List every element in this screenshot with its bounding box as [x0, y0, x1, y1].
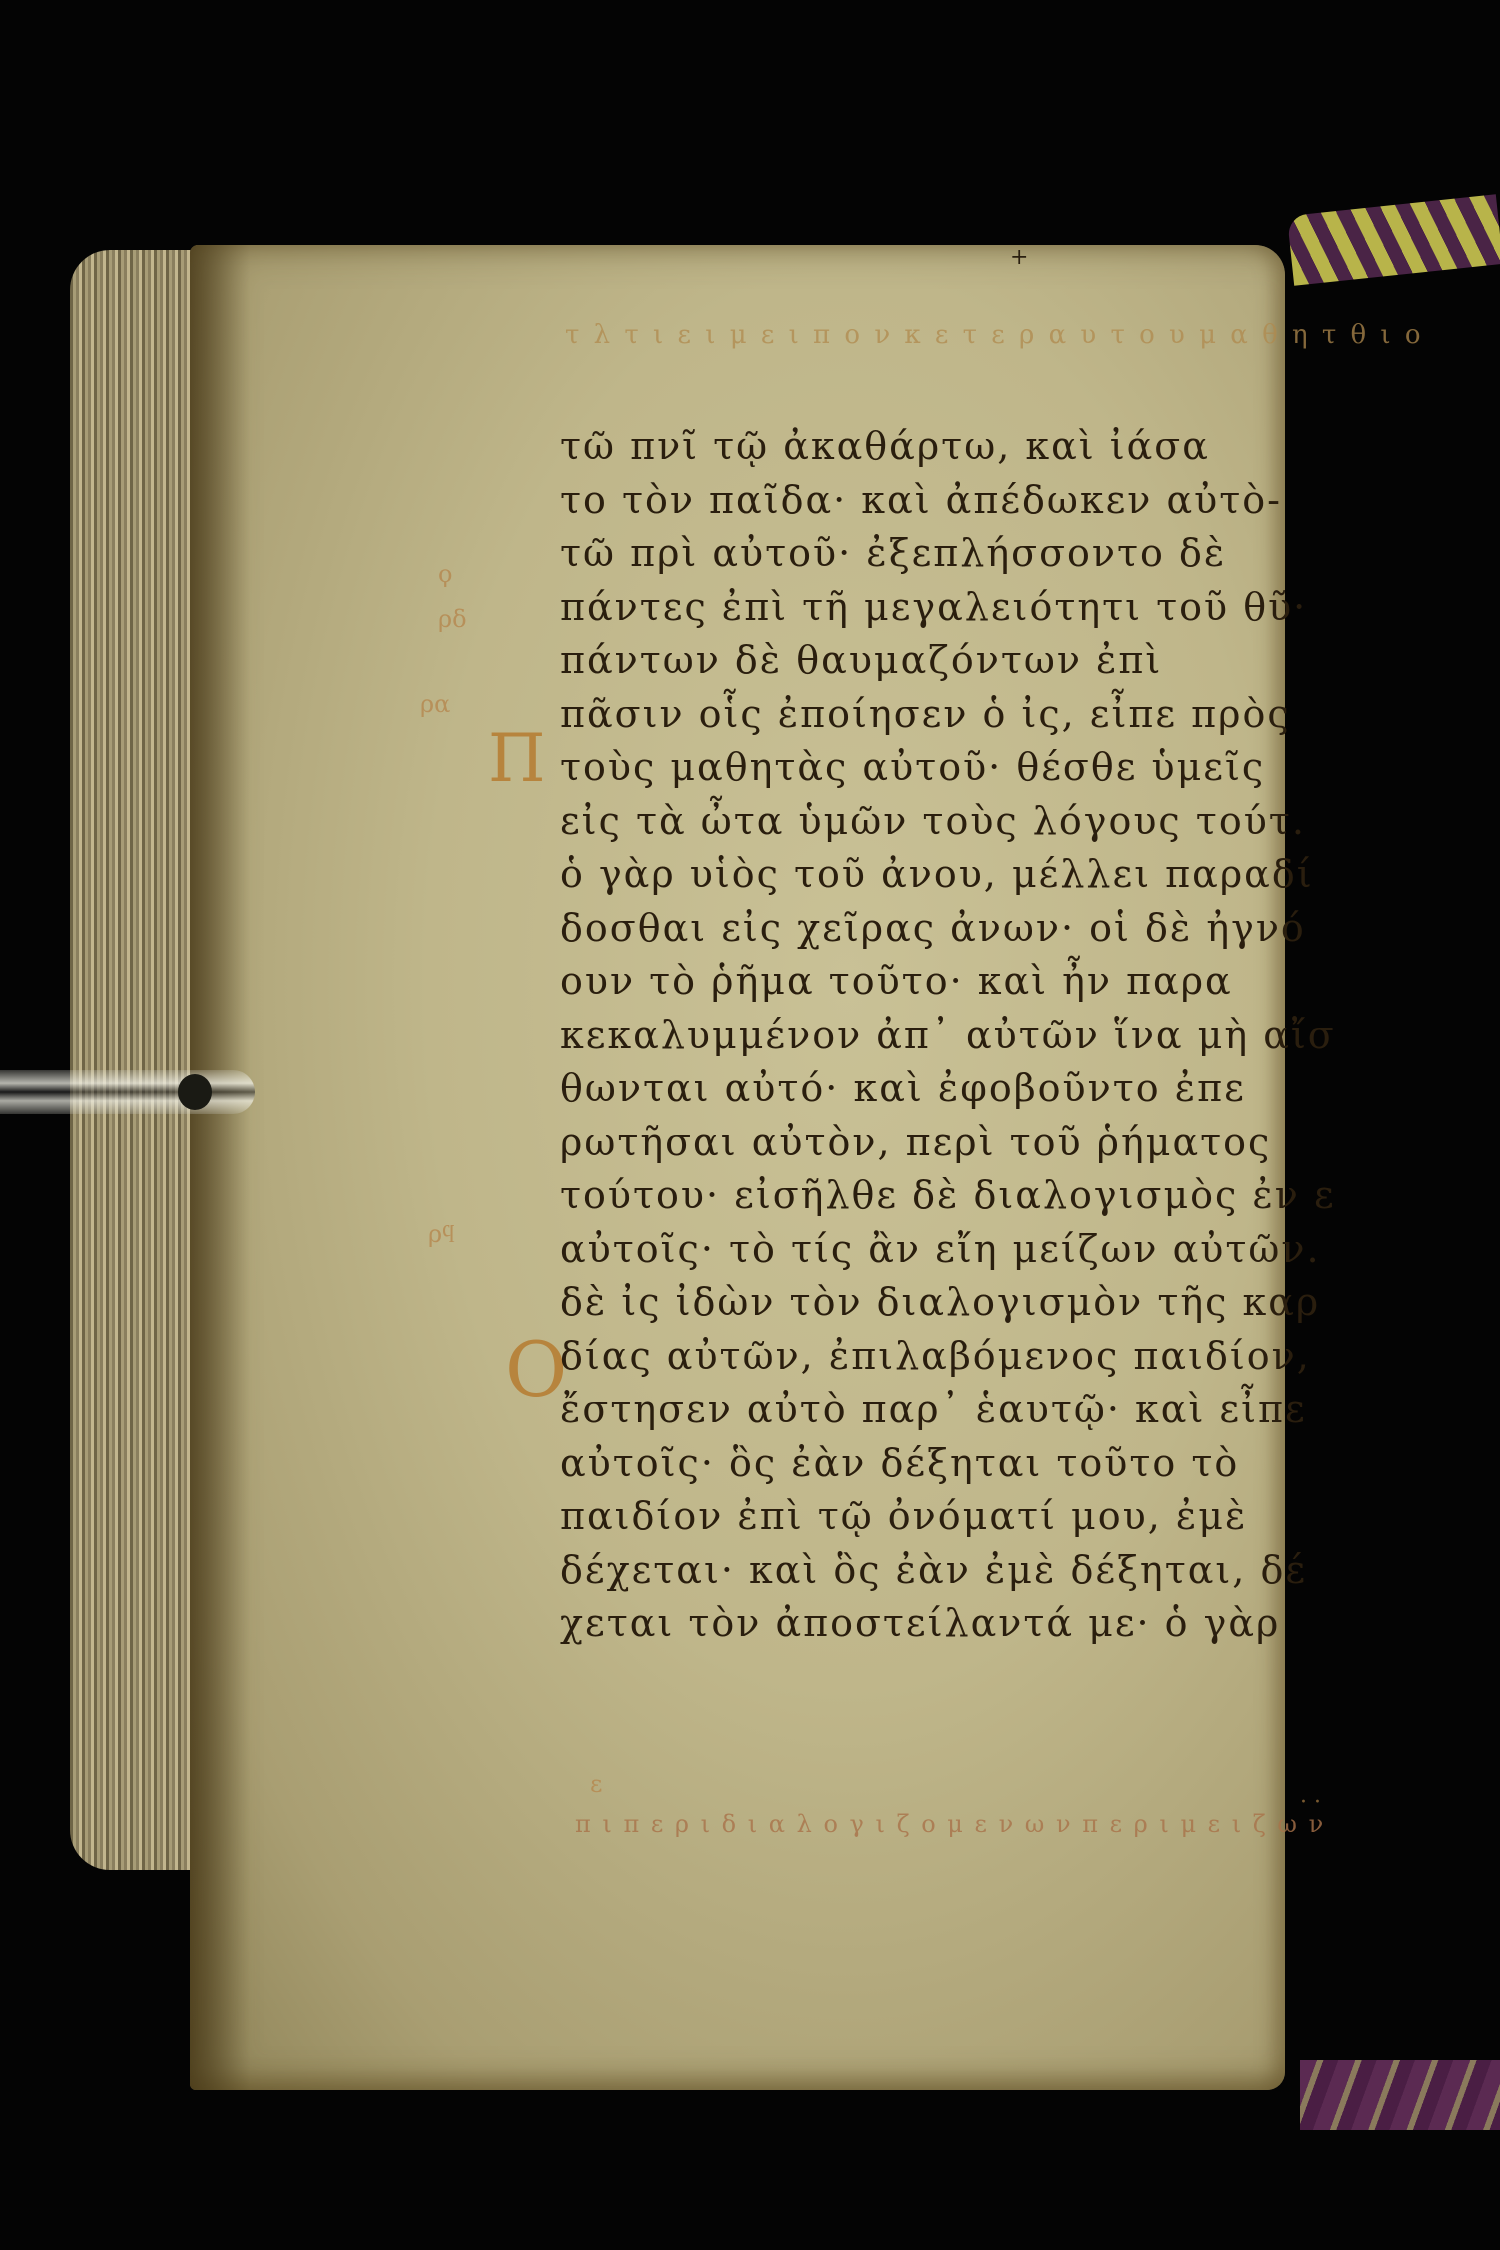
text-line: δοσθαι εἰς χεῖρας ἀνων· οἱ δὲ ἠγνό — [560, 902, 1420, 956]
margin-note: ϙ — [438, 560, 452, 588]
text-line: τῶ πνῖ τῷ ἀκαθάρτω, καὶ ἰάσα — [560, 420, 1420, 474]
text-line: το τὸν παῖδα· καὶ ἀπέδωκεν αὐτὸ- — [560, 474, 1420, 528]
rod-tip — [178, 1074, 212, 1110]
text-line: ρωτῆσαι αὐτὸν, περὶ τοῦ ῥήματος — [560, 1116, 1420, 1170]
textile-binding-bottom — [1300, 2060, 1500, 2130]
text-line: πάντες ἐπὶ τῆ μεγαλειότητι τοῦ θῦ· — [560, 581, 1420, 635]
text-line: τῶ πρὶ αὐτοῦ· ἐξεπλήσσοντο δὲ — [560, 527, 1420, 581]
footer-dots: · · — [1300, 1790, 1321, 1815]
gutter-shadow — [190, 245, 250, 2090]
text-line: δίας αὐτῶν, ἐπιλαβόμενος παιδίον, — [560, 1330, 1420, 1384]
header-rubric: τ λ τ ι ε ι μ ε ι π ο ν κ ε τ ε ρ α υ τ … — [565, 320, 1424, 350]
text-line: εἰς τὰ ὦτα ὑμῶν τοὺς λόγους τούτ. — [560, 795, 1420, 849]
rubricated-initial-omicron: Ο — [505, 1325, 567, 1414]
footer-rubric: π ι π ε ρ ι δ ι α λ ο γ ι ζ ο μ ε ν ω ν … — [575, 1810, 1325, 1838]
text-line: κεκαλυμμένον ἀπ᾽ αὐτῶν ἵνα μὴ αἴσ — [560, 1009, 1420, 1063]
text-line: αὐτοῖς· ὃς ἐὰν δέξηται τοῦτο τὸ — [560, 1437, 1420, 1491]
top-cross-mark: + — [1010, 245, 1028, 270]
glass-rod-clamp — [0, 1070, 255, 1114]
text-line: τούτου· εἰσῆλθε δὲ διαλογισμὸς ἐν ε — [560, 1169, 1420, 1223]
margin-note: ρα — [420, 690, 450, 718]
margin-note: ε — [590, 1770, 602, 1798]
text-line: αὐτοῖς· τὸ τίς ἂν εἴη μείζων αὐτῶν. — [560, 1223, 1420, 1277]
text-line: δέχεται· καὶ ὃς ἐὰν ἐμὲ δέξηται, δέ — [560, 1544, 1420, 1598]
text-line: πάντων δὲ θαυμαζόντων ἐπὶ — [560, 634, 1420, 688]
text-line: παιδίον ἐπὶ τῷ ὀνόματί μου, ἐμὲ — [560, 1490, 1420, 1544]
text-line: θωνται αὐτό· καὶ ἐφοβοῦντο ἐπε — [560, 1062, 1420, 1116]
margin-note: ρδ — [438, 605, 467, 633]
text-line: τοὺς μαθητὰς αὐτοῦ· θέσθε ὑμεῖς — [560, 741, 1420, 795]
rubricated-initial-pi: Π — [488, 720, 546, 797]
text-block: τῶ πνῖ τῷ ἀκαθάρτω, καὶ ἰάσα το τὸν παῖδ… — [560, 420, 1420, 1651]
margin-note: ρϥ — [428, 1220, 455, 1249]
textile-binding-top — [1287, 194, 1500, 286]
page-edges-stack — [70, 250, 210, 1870]
text-line: ἔστησεν αὐτὸ παρ᾽ ἑαυτῷ· καὶ εἶπε — [560, 1383, 1420, 1437]
text-line: πᾶσιν οἷς ἐποίησεν ὁ ἰς, εἶπε πρὸς — [560, 688, 1420, 742]
text-line: δὲ ἰς ἰδὼν τὸν διαλογισμὸν τῆς καρ — [560, 1276, 1420, 1330]
text-line: χεται τὸν ἀποστείλαντά με· ὁ γὰρ — [560, 1597, 1420, 1651]
text-line: ουν τὸ ῥῆμα τοῦτο· καὶ ἦν παρα — [560, 955, 1420, 1009]
text-line: ὁ γὰρ υἱὸς τοῦ ἀνου, μέλλει παραδί — [560, 848, 1420, 902]
